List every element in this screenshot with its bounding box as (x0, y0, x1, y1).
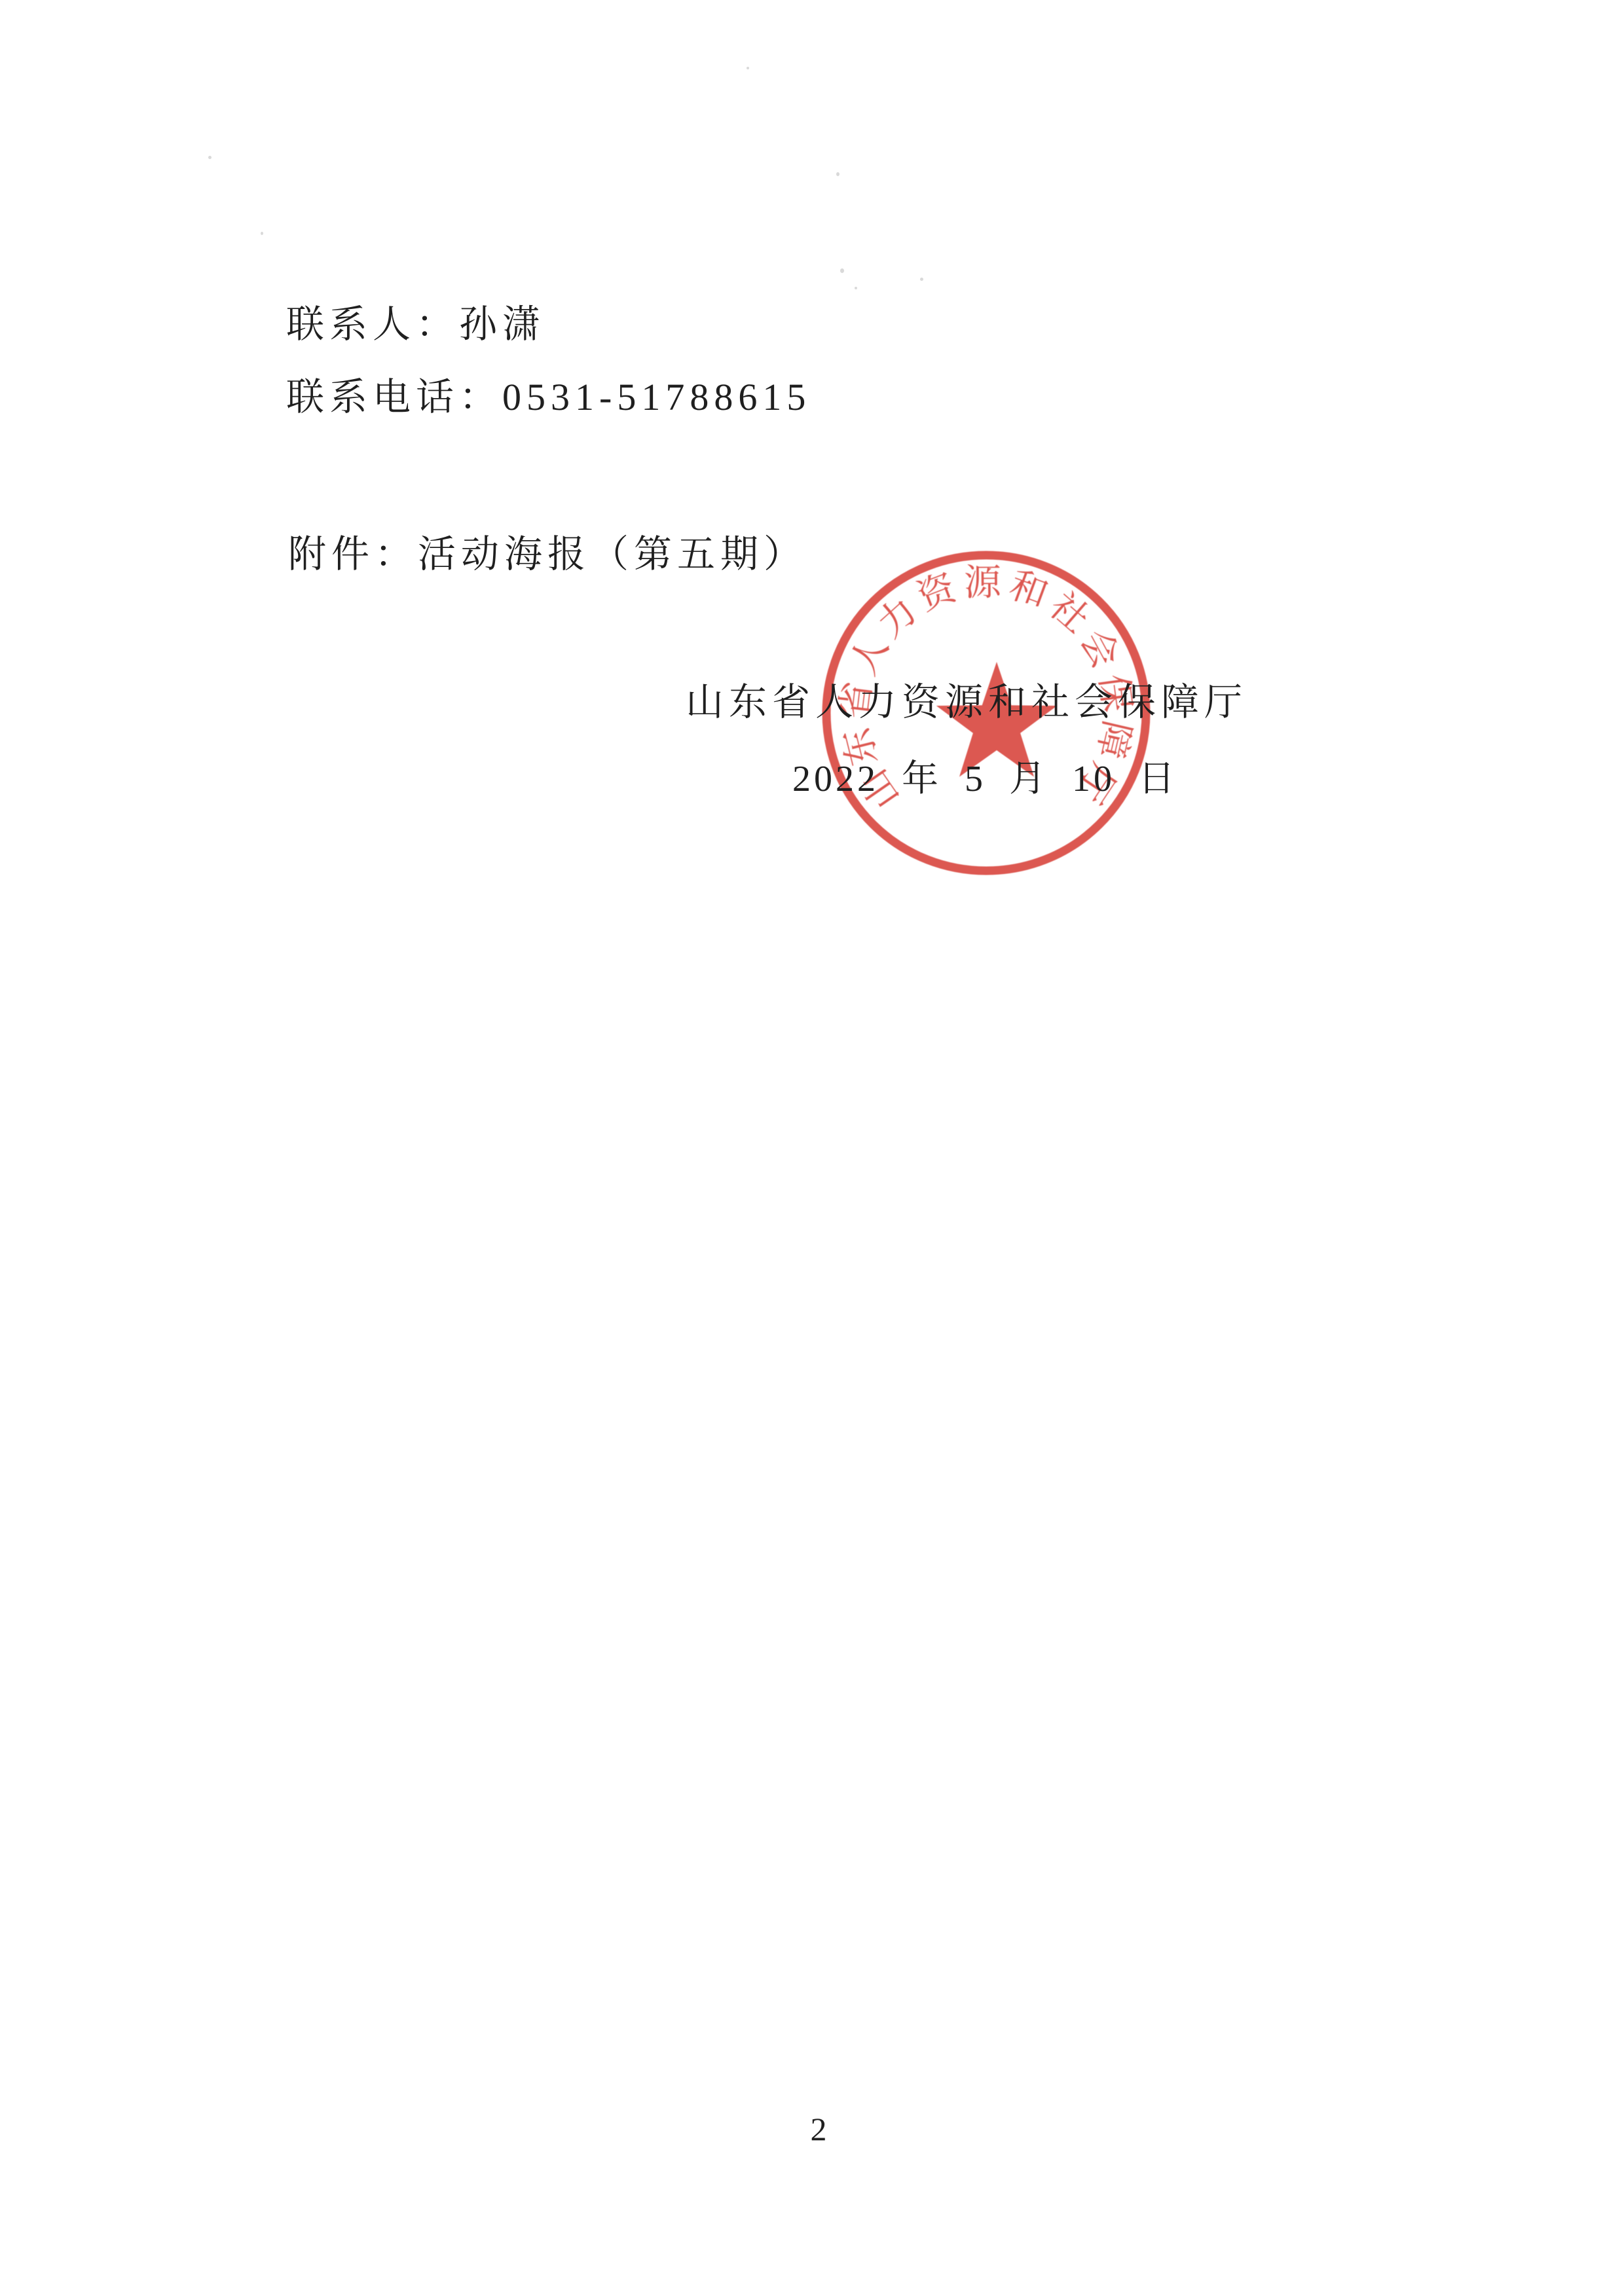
signature-organization: 山东省人力资源和社会保障厅 (686, 683, 1247, 721)
scan-speck (208, 156, 212, 159)
scanned-document-page: 山东省人力资源和社会保障厅 联系人：孙潇 联系电话：0531-51788615 … (0, 0, 1624, 2296)
contact-person-line: 联系人：孙潇 (286, 306, 545, 344)
page-number: 2 (753, 2113, 884, 2145)
scan-speck (920, 278, 923, 281)
scan-speck (747, 67, 749, 69)
contact-phone-line: 联系电话：0531-51788615 (286, 378, 811, 416)
attachment-line: 附件：活动海报（第五期） (288, 536, 807, 574)
scan-speck (840, 268, 844, 273)
scan-speck (261, 232, 263, 235)
scan-speck (836, 172, 840, 176)
scan-speck (855, 287, 857, 289)
signature-date: 2022 年 5 月 10 日 (792, 761, 1178, 797)
